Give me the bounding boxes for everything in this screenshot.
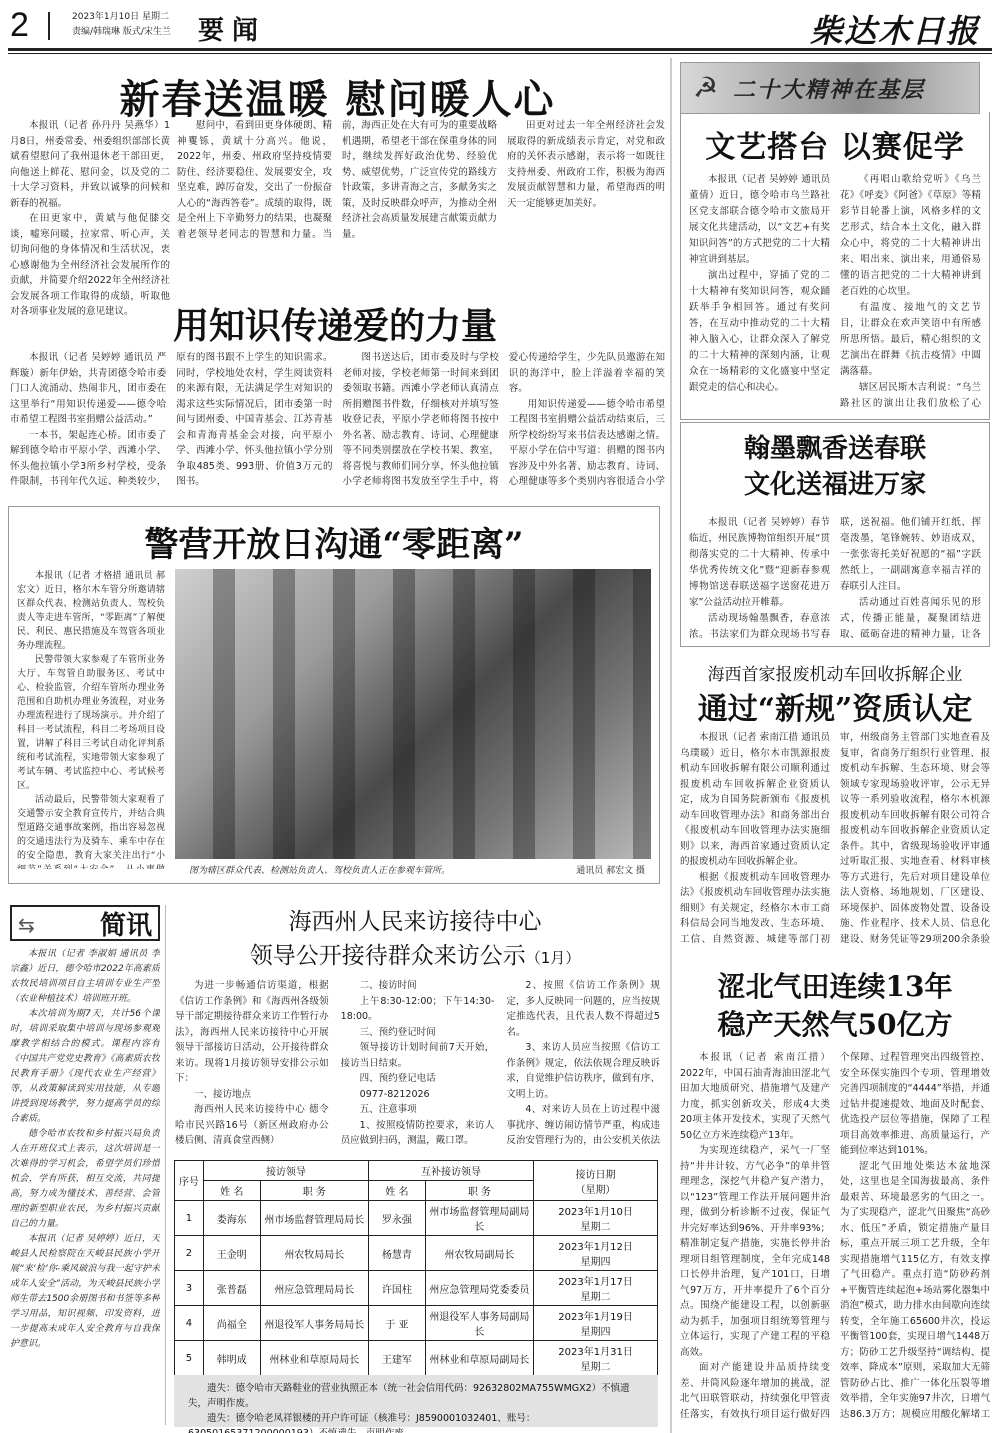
paragraph: 一、接访地点	[175, 1087, 329, 1103]
notice-visits-body: 为进一步畅通信访渠道，根据《信访工作条例》和《海西州各级领导干部定期接待群众来访…	[175, 978, 660, 1158]
table-row: 5 韩明成 州林业和草原局局长 王建军 州林业和草原局副局长 2023年1月31…	[175, 1341, 658, 1376]
article-police-body: 本报讯（记者 才格措 通讯员 郝宏文）近日，格尔木车管分所邀请辖区群众代表、检测…	[17, 569, 165, 869]
paragraph: 在田更家中，黄斌与他促膝交谈，嘘寒问暖，拉家常、听心声，关切询问他的身体情况和生…	[10, 211, 170, 320]
header-name: 姓 名	[203, 1181, 260, 1201]
brief-news: ⇆ 简讯 本报讯（记者 李淑娟 通讯员 李宗鑫）近日，德令哈市2022年高素质农…	[10, 905, 160, 1427]
article-warmth-col4: 田更对过去一年全州经济社会发展取得的新成绩表示肯定，对党和政府的关怀表示感谢，表…	[507, 118, 665, 253]
police-open-day-photo	[175, 569, 651, 859]
lost-notices: 遗失：德令哈市天路鞋业的营业执照正本（统一社会信用代码：92632802MA75…	[174, 1375, 658, 1427]
header-date: 接访日期（星期）	[534, 1161, 658, 1201]
table-row: 3 张普磊 州应急管理局局长 许国柱 州应急管理局党委委员 2023年1月17日…	[175, 1271, 658, 1306]
headline-couplets: 翰墨飘香送春联 文化送福进万家	[681, 431, 989, 503]
feature-banner: ☭ 二十大精神在基层	[680, 62, 980, 114]
paragraph: 二、接访时间	[341, 978, 495, 994]
paragraph: 本报讯（记者 孙丹丹 吴燕华）1月8日，州委常委、州委组织部部长黄斌看望慰问了我…	[10, 118, 170, 211]
paragraph: 三、预约登记时间	[341, 1025, 495, 1041]
article-art-box: 文艺搭台 以赛促学 本报讯（记者 吴婷婷 通讯员 董倩）近日，德令哈市乌兰路社区…	[680, 112, 990, 420]
paragraph: 五、注意事项	[341, 1102, 495, 1118]
header-name: 姓 名	[369, 1181, 426, 1201]
banner-title: 二十大精神在基层	[733, 73, 925, 104]
lost-notice: 遗失：德令哈市天路鞋业的营业执照正本（统一社会信用代码：92632802MA75…	[188, 1381, 644, 1411]
exchange-arrows-icon: ⇆	[18, 913, 35, 937]
notice-visits-title: 海西州人民来访接待中心 领导公开接待群众来访公示（1月）	[170, 905, 660, 975]
paragraph: 活动最后，民警带领大家观看了交通警示安全教育宣传片，并结合典型道路交通事故案例，…	[17, 793, 165, 869]
paragraph: 本报讯（记者 李淑娟 通讯员 李宗鑫）近日，德令哈市2022年高素质农牧民培训项…	[10, 947, 160, 1007]
paragraph: 3、来访人员应当按照《信访工作条例》规定，依法依规合理反映诉求，自觉维护信访秩序…	[506, 1040, 660, 1102]
brief-news-body: 本报讯（记者 李淑娟 通讯员 李宗鑫）近日，德令哈市2022年高素质农牧民培训项…	[10, 947, 160, 1427]
paragraph: 本次培训为期7天，共计56个课时，培训采取集中培训与现场参观观摩教学相结合的模式…	[10, 1007, 160, 1127]
article-warmth-col2: 慰问中，看到田更身体硬朗、精神矍铄，黄斌十分高兴。他说，2022年，州委、州政府…	[177, 118, 497, 253]
paragraph: 0977-8212026	[341, 1087, 495, 1103]
paragraph: 本报讯（记者 吴婷婷）春节临近，州民族博物馆组织开展“贯彻落实党的二十大精神、传…	[689, 515, 830, 611]
photo-credit: 通讯员 郝宏文 摄	[576, 863, 645, 876]
paragraph: 本报讯（记者 吴婷婷 通讯员 董倩）近日，德令哈市乌兰路社区党支部联合德令哈市文…	[689, 172, 830, 268]
headline-police: 警营开放日沟通“零距离”	[9, 517, 659, 566]
article-couplets-box: 翰墨飘香送春联 文化送福进万家 本报讯（记者 吴婷婷）春节临近，州民族博物馆组织…	[680, 422, 990, 647]
table-row: 2 王金明 州农牧局局长 杨慧青 州农牧局副局长 2023年1月12日星期四	[175, 1236, 658, 1271]
visit-schedule-table: 序号 接访领导 互补接访领导 接访日期（星期） 姓 名 职 务 姓 名 职 务 …	[174, 1160, 658, 1376]
column-divider	[670, 58, 672, 1433]
newspaper-logo: 柴达木日报	[810, 6, 980, 52]
headline-gas: 涩北气田连续13年 稳产天然气50亿方	[678, 968, 992, 1044]
table-row: 4 尚福全 州退役军人事务局局长 于 亚 州退役军人事务局副局长 2023年1月…	[175, 1306, 658, 1341]
paragraph: 为进一步畅通信访渠道，根据《信访工作条例》和《海西州各级领导干部定期接待群众来访…	[175, 978, 329, 1087]
notice-title-line1: 海西州人民来访接待中心	[170, 905, 660, 939]
paragraph: 本报讯（记者 索南江措 通讯员 乌璞暖）近日，格尔木市凯源报废机动车回收拆解有限…	[680, 730, 830, 870]
headline-books: 用知识传递爱的力量	[170, 298, 500, 349]
table-row: 1 娄海东 州市场监督管理局局长 罗永强 州市场监督管理局副局长 2023年1月…	[175, 1201, 658, 1236]
column-divider	[165, 905, 166, 1425]
header-lead-group: 接访领导	[203, 1161, 368, 1181]
section-title: 要闻	[198, 10, 266, 47]
paragraph: 海西州人民来访接待中心 德令哈市民兴路16号（新区州政府办公楼后侧、清真食堂西侧…	[175, 1102, 329, 1149]
paragraph: 为实现连续稳产，采气一厂坚持“井井计较、方气必争”的单井管理理念，深挖气井稳产复…	[680, 1143, 830, 1360]
paragraph: 演出过程中，穿插了党的二十大精神有奖知识问答，观众踊跃举手争相回答。通过有奖问答…	[689, 268, 830, 396]
scrap-kicker: 海西首家报废机动车回收拆解企业	[678, 660, 992, 685]
paragraph: 民警带领大家参观了车管所业务大厅、车驾管自助服务区、考试中心、检验监管，介绍车管…	[17, 653, 165, 793]
paragraph: 有温度、接地气的文艺节目，让群众在欢声笑语中有所感所思所悟。最后，精心组织的文艺…	[840, 300, 981, 380]
visit-schedule-table-wrap: 序号 接访领导 互补接访领导 接访日期（星期） 姓 名 职 务 姓 名 职 务 …	[174, 1160, 658, 1376]
brief-news-header: ⇆ 简讯	[10, 905, 160, 941]
paragraph: 本报讯（记者 吴婷婷 通讯员 严辉璇）新年伊始，共青团德令哈市委门口人流涌动、热…	[10, 350, 166, 428]
paragraph: 德令哈市农牧和乡村振兴局负责人在开班仪式上表示，这次培训是一次难得的学习机会，希…	[10, 1127, 160, 1232]
paragraph: 《再唱山歌给党听》《乌兰花》《呼麦》《阿爸》《草原》等精彩节目轮番上演，风格多样…	[840, 172, 981, 300]
photo-figures	[175, 569, 651, 859]
article-couplets-body: 本报讯（记者 吴婷婷）春节临近，州民族博物馆组织开展“贯彻落实党的二十大精神、传…	[689, 515, 981, 643]
masthead-meta: 2023年1月10日 星期二 责编/韩瑞琳 版式/宋生兰	[72, 10, 171, 40]
paragraph: 本报讯（记者 吴婷婷）近日，天峻县人民检察院在天峻县民族小学开展“来‘检’你-乘…	[10, 1232, 160, 1352]
article-scrap-body: 本报讯（记者 索南江措 通讯员 乌璞暖）近日，格尔木市凯源报废机动车回收拆解有限…	[680, 730, 990, 955]
paragraph: 领导接访计划时间前7天开始，接访当日结束。	[341, 1040, 495, 1071]
article-books-body: 本报讯（记者 吴婷婷 通讯员 严辉璇）新年伊始，共青团德令哈市委门口人流涌动、热…	[10, 350, 665, 500]
header-position: 职 务	[425, 1181, 533, 1201]
header-position: 职 务	[260, 1181, 368, 1201]
paragraph: 上午8:30-12:00；下午14:30-18:00。	[341, 994, 495, 1025]
lost-notice: 遗失：德令哈老凤祥银楼的开户许可证（核准号：J8590001032401、账号：…	[188, 1411, 644, 1433]
masthead-divider	[48, 12, 50, 40]
headline-scrap: 通过“新规”资质认定	[678, 684, 992, 728]
article-warmth-col1: 本报讯（记者 孙丹丹 吴燕华）1月8日，州委常委、州委组织部部长黄斌看望慰问了我…	[10, 118, 170, 320]
article-police-box: 警营开放日沟通“零距离” 本报讯（记者 才格措 通讯员 郝宏文）近日，格尔木车管…	[8, 506, 660, 884]
article-art-body: 本报讯（记者 吴婷婷 通讯员 董倩）近日，德令哈市乌兰路社区党支部联合德令哈市文…	[689, 172, 981, 412]
hammer-sickle-icon: ☭	[693, 71, 718, 104]
paragraph: 田更对过去一年全州经济社会发展取得的新成绩表示肯定，对党和政府的关怀表示感谢，表…	[507, 118, 665, 211]
paragraph: 本报讯（记者 索南江措）2022年，中国石油青海油田涩北气田加大地质研究、措施增…	[680, 1050, 830, 1143]
article-gas-body: 本报讯（记者 索南江措）2022年，中国石油青海油田涩北气田加大地质研究、措施增…	[680, 1050, 990, 1428]
paragraph: 1、按照疫情防控要求，来访人员应做到扫码，测温，戴口罩。	[341, 1118, 495, 1149]
masthead-rule	[8, 48, 992, 51]
notice-title-line2: 领导公开接待群众来访公示（1月）	[170, 939, 660, 975]
page-number: 2	[10, 8, 29, 42]
issue-date: 2023年1月10日 星期二	[72, 10, 171, 25]
paragraph: 本报讯（记者 才格措 通讯员 郝宏文）近日，格尔木车管分所邀请辖区群众代表、检测…	[17, 569, 165, 653]
headline-warmth: 新春送温暖 慰问暖人心	[10, 68, 665, 125]
masthead-rule-thin	[8, 53, 992, 54]
brief-news-label: 简讯	[100, 905, 152, 942]
header-seq: 序号	[175, 1161, 204, 1201]
headline-art: 文艺搭台 以赛促学	[681, 122, 989, 166]
paragraph: 慰问中，看到田更身体硬朗、精神矍铄，黄斌十分高兴。他说，2022年，州委、州政府…	[177, 118, 497, 242]
header-backup-group: 互补接访领导	[369, 1161, 534, 1181]
paragraph: 2、按照《信访工作条例》规定，多人反映同一问题的，应当按规定推选代表，且代表人数…	[506, 978, 660, 1040]
editors: 责编/韩瑞琳 版式/宋生兰	[72, 25, 171, 40]
photo-caption: 图为辖区群众代表、检测站负责人、驾校负责人正在参观车管所。	[189, 863, 450, 876]
paragraph: 四、预约登记电话	[341, 1071, 495, 1087]
